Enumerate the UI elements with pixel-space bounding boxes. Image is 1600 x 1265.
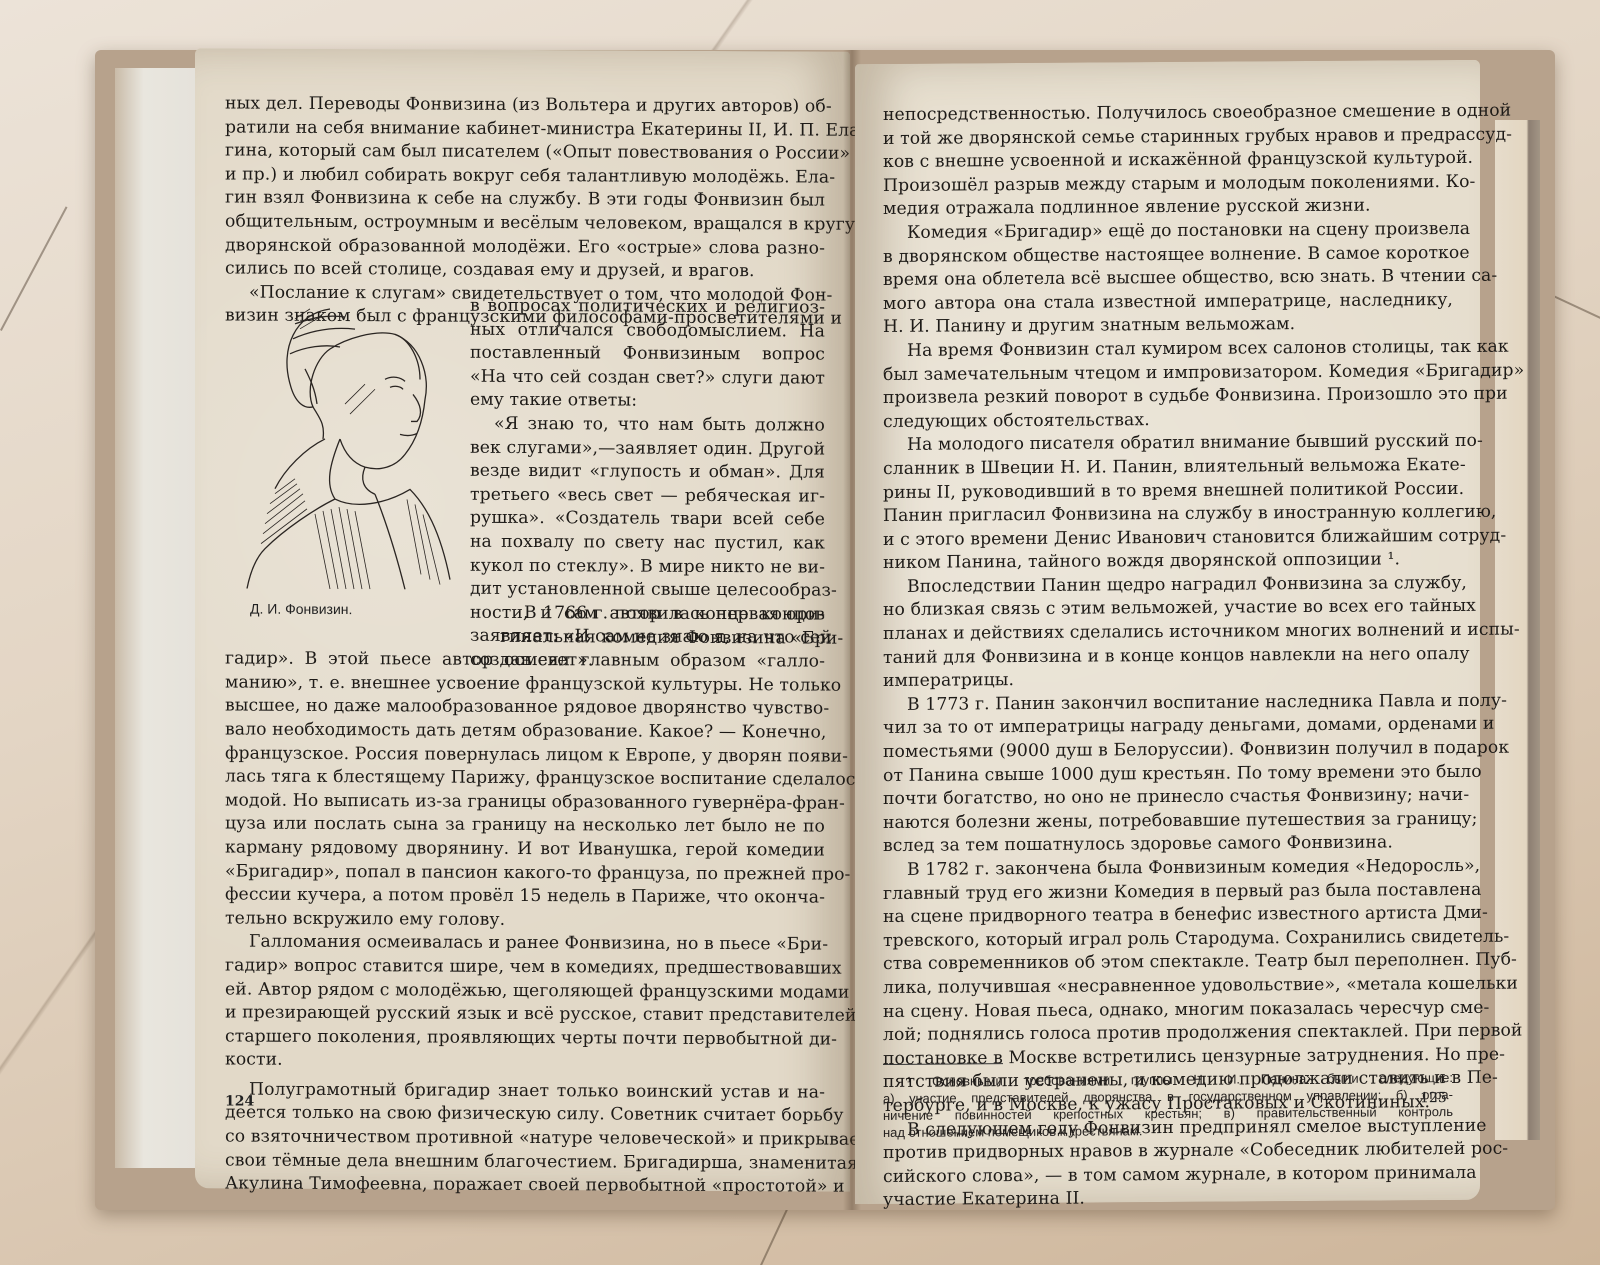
left-bottom-text: В 1766 г. появилась первая ори- гинальна…: [225, 600, 825, 1199]
text-line: Галломания осмеивалась и ранее Фонвизина…: [225, 931, 825, 958]
text-line: сийского слова», — в том самом журнале, …: [883, 1162, 1453, 1190]
text-line: высшее, но даже малообразованное рядовое…: [225, 695, 825, 722]
text-line: гадир» вопрос ставится шире, чем в комед…: [225, 954, 825, 981]
text-line: «Я знаю то, что нам быть должно: [470, 413, 825, 438]
text-line: модой. Но выписать из-за границы образов…: [225, 789, 825, 816]
footnote-rule: [883, 1063, 1003, 1065]
text-line: гинальная комедия Фонвизина «Бри-: [500, 625, 825, 650]
text-line: на похвалу по свету нас пустил, как: [470, 531, 825, 556]
text-line: поставленный Фонвизиным вопрос: [470, 342, 825, 367]
text-line: лика, получившая «несравненное удовольст…: [883, 973, 1453, 1001]
text-line: и презирающей русский язык и всё русское…: [225, 1002, 825, 1029]
text-line: французское. Россия повернулась лицом к …: [225, 742, 825, 769]
text-line: третьего «весь свет — ребяческая иг-: [470, 483, 825, 508]
text-line: ей. Автор рядом с молодёжью, щеголяющей …: [225, 978, 825, 1005]
text-line: поместьями (9000 душ в Белоруссии). Фонв…: [883, 737, 1453, 765]
floor-seam: [0, 206, 67, 331]
page-number-left: 124: [225, 1093, 254, 1109]
text-line: На время Фонвизин стал кумиром всех сало…: [883, 336, 1453, 364]
text-line: ратили на себя внимание кабинет-министра…: [225, 116, 825, 143]
text-line: сились по всей столице, создавая ему и д…: [225, 258, 825, 285]
text-line: старшего поколения, проявляющих черты по…: [225, 1025, 825, 1052]
portrait-engraving: [235, 288, 465, 589]
text-line: гадир». В этой пьесе автор осмеял главны…: [225, 648, 825, 675]
text-line: карману рядовому дворянину. И вот Ивануш…: [225, 836, 825, 863]
text-line: гин взял Фонвизина к себе на службу. В э…: [225, 187, 825, 214]
text-line: со взяточничеством противной «натуре чел…: [225, 1126, 825, 1153]
footnote: [883, 1228, 1453, 1232]
text-line: общительным, остроумным и весёлым челове…: [225, 210, 825, 237]
text-line: дит установленной свыше целесообраз-: [470, 578, 825, 603]
right-page: непосредственностью. Получилось своеобра…: [855, 60, 1480, 1204]
text-line: цуза или послать сына за границу на неск…: [225, 813, 825, 840]
text-line: планах и действиях сделались источником …: [883, 619, 1453, 647]
text-line: В 1782 г. закончена была Фонвизиным коме…: [883, 855, 1453, 883]
text-line: тельно вскружило ему голову.: [225, 907, 825, 934]
text-line: Комедия «Бригадир» ещё до постановки на …: [883, 218, 1453, 246]
text-line: против придворных нравов в журнале «Собе…: [883, 1138, 1453, 1166]
text-line: свои тёмные дела внешним благочестием. Б…: [225, 1149, 825, 1176]
text-line: В 1766 г. появилась первая ори-: [500, 602, 825, 627]
right-text: непосредственностью. Получилось своеобра…: [883, 100, 1453, 1213]
text-line: непосредственностью. Получилось своеобра…: [883, 100, 1453, 128]
text-line: ных дел. Переводы Фонвизина (из Вольтера…: [225, 92, 825, 119]
left-page: ных дел. Переводы Фонвизина (из Вольтера…: [195, 48, 850, 1191]
text-line: лась тяга к блестящему Парижу, французск…: [225, 766, 825, 793]
text-line: ему такие ответы:: [470, 389, 825, 414]
text-line: мого автора она стала известной императр…: [883, 289, 1453, 317]
text-line: вало необходимость дать детям образовани…: [225, 718, 825, 745]
text-line: «Бригадир», попал в пансион какого-то фр…: [225, 860, 825, 887]
text-line: сланник в Швеции Н. И. Панин, влиятельны…: [883, 454, 1453, 482]
text-line: участие Екатерина II.: [883, 1185, 1453, 1213]
text-line: в вопросах политических и религиоз-: [470, 295, 825, 320]
text-line: «На что сей создан свет?» слуги дают: [470, 366, 825, 391]
text-line: фессии кучера, а потом провёл 15 недель …: [225, 884, 825, 911]
footnote-block: ¹ Основными требованиями группы Н. И. Па…: [883, 1060, 1453, 1141]
text-line: манию», т. е. внешнее усвоение французск…: [225, 671, 825, 698]
text-line: кукол по стеклу». В мире никто не ви-: [470, 554, 825, 579]
text-line: гина, который сам был писателем («Опыт п…: [225, 140, 825, 167]
text-line: Акулина Тимофеевна, поражает своей перво…: [225, 1173, 825, 1200]
text-line: произвела резкий поворот в судьбе Фонвиз…: [883, 383, 1453, 411]
page-number-right: 125: [1420, 1090, 1447, 1106]
text-line: деется только на свою физическую силу. С…: [225, 1102, 825, 1129]
text-line: рушка». «Создатель твари всей себе: [470, 507, 825, 532]
text-line: кости.: [225, 1049, 825, 1076]
text-line: и пр.) и любил собирать вокруг себя тала…: [225, 163, 825, 190]
text-line: Панин пригласил Фонвизина на службу в ин…: [883, 501, 1453, 529]
text-line: таний для Фонвизина и в конце концов нав…: [883, 643, 1453, 671]
text-line: Полуграмотный бригадир знает только воин…: [225, 1078, 825, 1105]
text-line: век слугами»,—заявляет один. Другой: [470, 436, 825, 461]
text-line: дворянской образованной молодёжи. Его «о…: [225, 234, 825, 261]
text-line: ных отличался свободомыслием. На: [470, 318, 825, 343]
text-line: везде видит «глупость и обман». Для: [470, 460, 825, 485]
